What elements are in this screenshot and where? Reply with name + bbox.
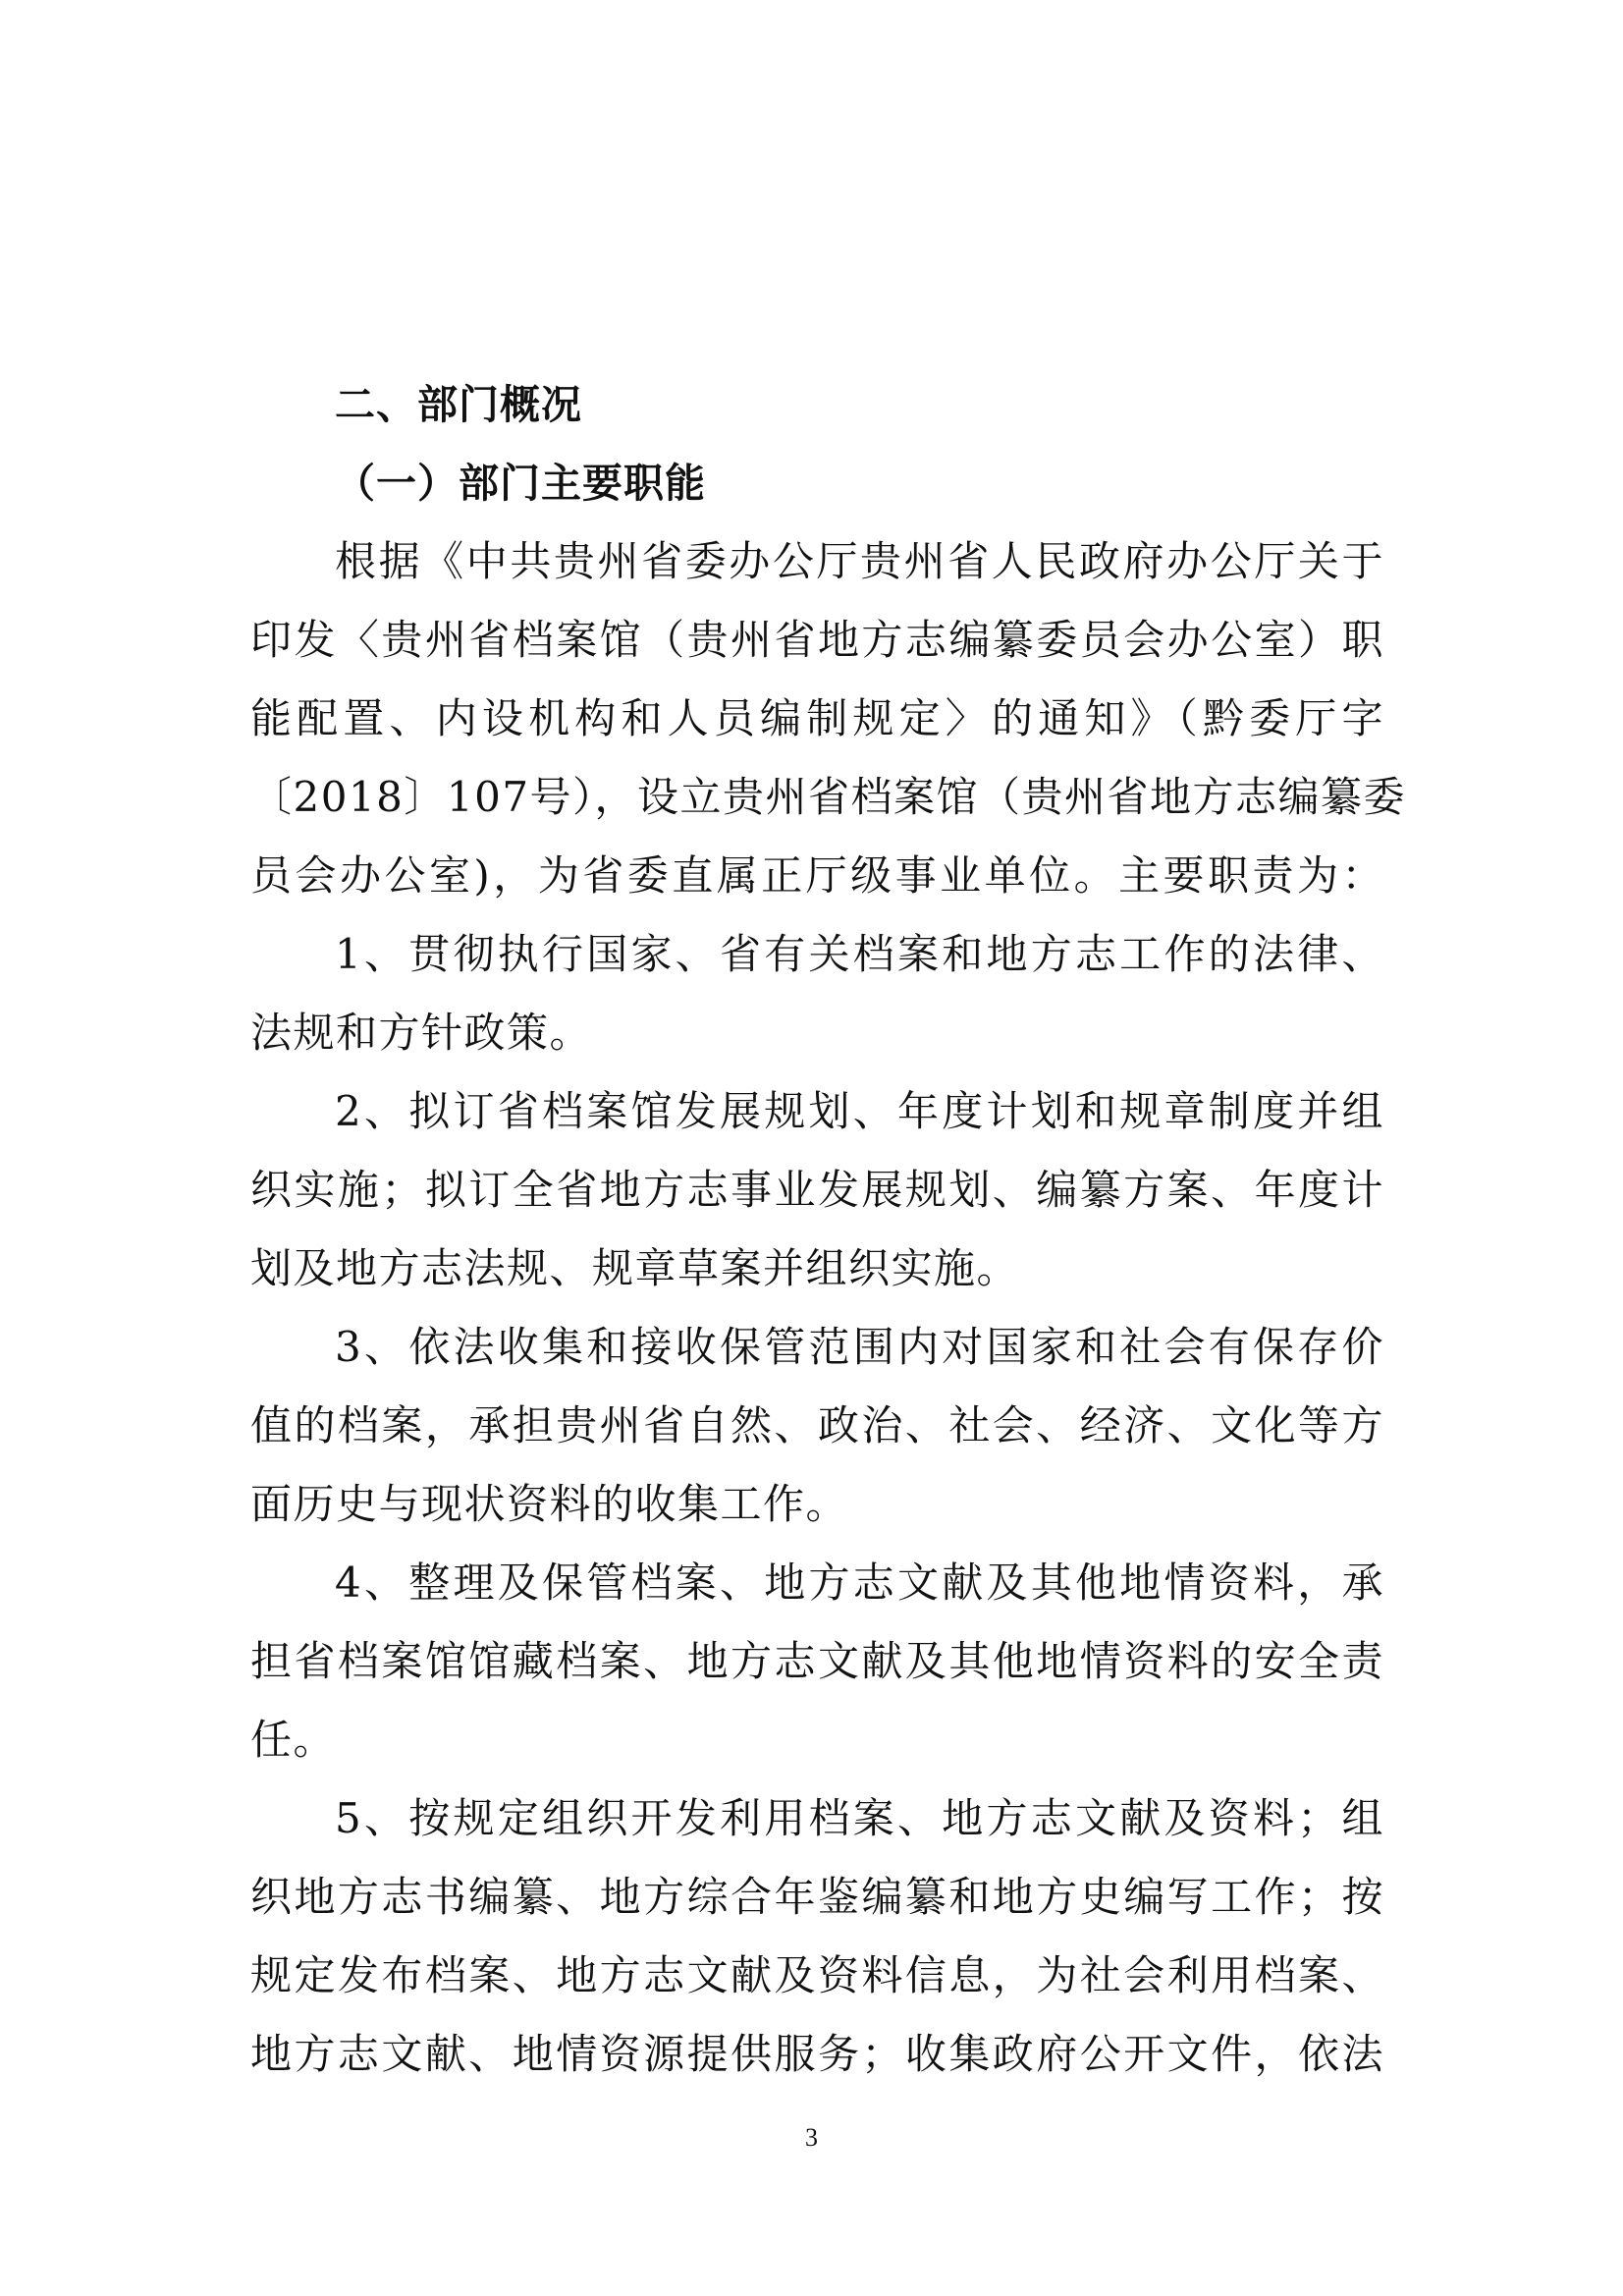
text-line: 担省档案馆馆藏档案、地方志文献及其他地情资料的安全责 <box>250 1622 1384 1701</box>
text-line: 织地方志书编纂、地方综合年鉴编纂和地方史编写工作；按 <box>250 1858 1384 1937</box>
section-heading: 二、部门概况 <box>250 365 1389 444</box>
paragraph-item-2: 2、拟订省档案馆发展规划、年度计划和规章制度并组 织实施；拟订全省地方志事业发展… <box>250 1072 1389 1308</box>
text-line: 员会办公室)，为省委直属正厅级事业单位。主要职责为： <box>250 837 1384 915</box>
text-line: 2、拟订省档案馆发展规划、年度计划和规章制度并组 <box>250 1072 1384 1151</box>
paragraph-item-1: 1、贯彻执行国家、省有关档案和地方志工作的法律、 法规和方针政策。 <box>250 915 1389 1072</box>
paragraph-item-3: 3、依法收集和接收保管范围内对国家和社会有保存价 值的档案，承担贵州省自然、政治… <box>250 1308 1389 1544</box>
text-line: 〔2018〕107号），设立贵州省档案馆（贵州省地方志编纂委 <box>250 758 1384 837</box>
text-line: 1、贯彻执行国家、省有关档案和地方志工作的法律、 <box>250 915 1384 994</box>
text-line: 地方志文献、地情资源提供服务；收集政府公开文件，依法 <box>250 2015 1384 2094</box>
text-line: 根据《中共贵州省委办公厅贵州省人民政府办公厅关于 <box>250 522 1384 601</box>
text-line: 法规和方针政策。 <box>250 994 1389 1072</box>
page-number: 3 <box>0 2123 1623 2153</box>
text-line: 面历史与现状资料的收集工作。 <box>250 1465 1389 1544</box>
text-line: 5、按规定组织开发利用档案、地方志文献及资料；组 <box>250 1779 1384 1858</box>
paragraph-intro: 根据《中共贵州省委办公厅贵州省人民政府办公厅关于 印发〈贵州省档案馆（贵州省地方… <box>250 522 1389 915</box>
text-line: 织实施；拟订全省地方志事业发展规划、编纂方案、年度计 <box>250 1151 1384 1230</box>
text-line: 能配置、内设机构和人员编制规定〉的通知》（黔委厅字 <box>250 680 1384 758</box>
text-line: 4、整理及保管档案、地方志文献及其他地情资料，承 <box>250 1544 1384 1622</box>
text-line: 印发〈贵州省档案馆（贵州省地方志编纂委员会办公室）职 <box>250 601 1384 680</box>
text-line: 划及地方志法规、规章草案并组织实施。 <box>250 1230 1389 1308</box>
paragraph-item-5: 5、按规定组织开发利用档案、地方志文献及资料；组 织地方志书编纂、地方综合年鉴编… <box>250 1779 1389 2094</box>
paragraph-item-4: 4、整理及保管档案、地方志文献及其他地情资料，承 担省档案馆馆藏档案、地方志文献… <box>250 1544 1389 1779</box>
text-line: 任。 <box>250 1701 1389 1779</box>
text-line: 规定发布档案、地方志文献及资料信息，为社会利用档案、 <box>250 1937 1384 2015</box>
text-line: 值的档案，承担贵州省自然、政治、社会、经济、文化等方 <box>250 1387 1384 1465</box>
subsection-heading: （一）部门主要职能 <box>250 444 1389 522</box>
text-line: 3、依法收集和接收保管范围内对国家和社会有保存价 <box>250 1308 1384 1387</box>
document-page: 二、部门概况 （一）部门主要职能 根据《中共贵州省委办公厅贵州省人民政府办公厅关… <box>250 365 1389 2094</box>
